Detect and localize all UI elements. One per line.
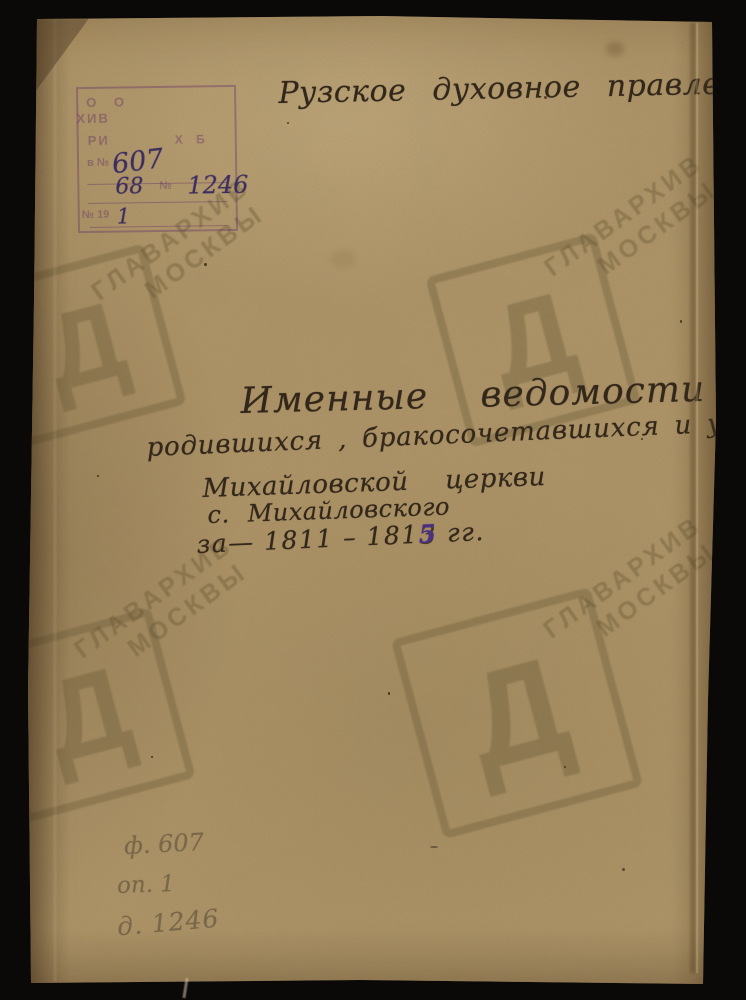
speck — [97, 475, 99, 477]
glavarkhiv-watermark-text: ГЛАВАРХИВ МОСКВЫ — [538, 511, 725, 669]
speck — [680, 320, 682, 323]
pencil-delo-number: д. 1246 — [116, 904, 221, 942]
watermark-line1: ГЛАВАРХИВ — [538, 511, 707, 644]
watermark-line2: МОСКВЫ — [122, 555, 256, 664]
overwritten-digit: 5 — [418, 519, 438, 549]
pencil-opis-number: оп. 1 — [117, 871, 176, 899]
stamp-faded-text: Х Б — [175, 132, 210, 146]
watermark-line2: МОСКВЫ — [592, 173, 726, 282]
stamp-faded-text: О О — [86, 94, 131, 110]
logo-letter: Д — [450, 625, 584, 801]
archive-stamp-box: О О ХИВ РИ Х Б в № 607 68 № 1246 № 19 1 — [76, 85, 238, 233]
stain — [606, 42, 624, 56]
glavarkhiv-logo-watermark-icon: Д — [0, 243, 187, 446]
speck — [388, 692, 390, 695]
stamp-number-sign: № — [159, 180, 171, 192]
stamp-rule — [90, 225, 228, 228]
speck — [622, 868, 625, 871]
watermark-line2: МОСКВЫ — [591, 535, 725, 644]
speck — [544, 96, 547, 99]
document-cover-paper: Д ГЛАВАРХИВ МОСКВЫ Д ГЛАВАРХИВ МОСКВЫ Д … — [0, 0, 746, 1000]
right-crease-highlight — [696, 23, 698, 973]
scanned-document-photo: Д ГЛАВАРХИВ МОСКВЫ Д ГЛАВАРХИВ МОСКВЫ Д … — [0, 0, 746, 1000]
date-suffix: гг. — [437, 517, 485, 548]
stamp-delo-number: 1246 — [187, 171, 248, 200]
speck — [641, 438, 643, 440]
left-edge-shadow — [28, 16, 70, 984]
speck — [151, 756, 153, 758]
right-edge-shadow — [672, 20, 718, 986]
stamp-extra-number: 1 — [117, 204, 131, 228]
logo-letter: Д — [32, 275, 139, 416]
logo-letter: Д — [31, 641, 144, 790]
speck — [287, 122, 289, 124]
stamp-opis-number: 68 — [115, 174, 143, 199]
stamp-row-label: в № — [87, 157, 109, 169]
stamp-rule — [88, 201, 228, 204]
speck — [204, 263, 207, 266]
stamp-faded-text: ХИВ — [76, 111, 110, 126]
stamp-row-label: № 19 — [82, 209, 110, 221]
corrected-digit: 35 — [418, 519, 438, 549]
pencil-fond-number: ф. 607 — [123, 828, 204, 860]
stamp-faded-text: РИ — [88, 133, 110, 148]
right-crease-shadow — [690, 23, 696, 973]
glavarkhiv-logo-watermark-icon: Д — [391, 587, 643, 839]
stain — [330, 250, 356, 268]
glavarkhiv-logo-watermark-icon: Д — [0, 607, 196, 823]
header-handwriting: Рузское духовное правление. — [278, 65, 746, 111]
left-crease-highlight — [54, 18, 56, 982]
pencil-dash-mark — [430, 846, 438, 848]
speck — [564, 766, 566, 768]
glavarkhiv-watermark-text: ГЛАВАРХИВ МОСКВЫ — [539, 149, 726, 307]
watermark-line1: ГЛАВАРХИВ — [539, 149, 708, 282]
